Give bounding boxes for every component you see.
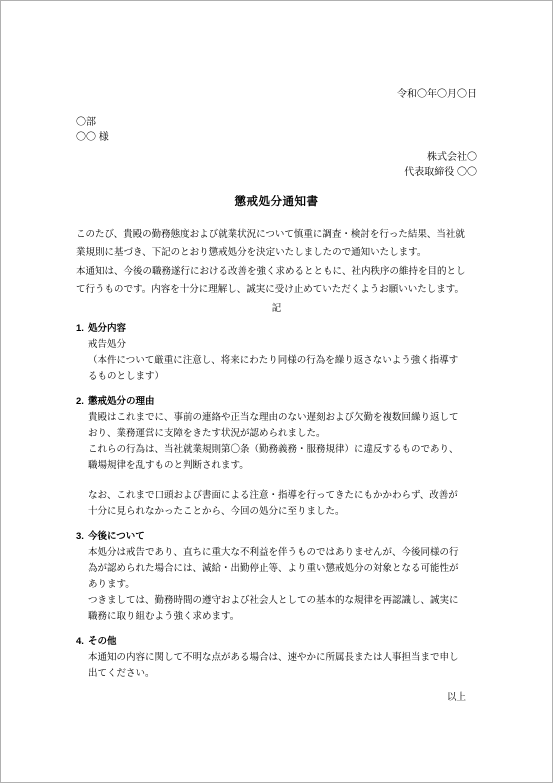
section-2-body: 貴殿はこれまでに、事前の連絡や正当な理由のない遅刻および欠勤を複数回繰り返して … (76, 410, 477, 520)
section-1-paragraph-1: 戒告処分 (88, 337, 477, 353)
section-other: 4.その他 本通知の内容に関して不明な点がある場合は、速やかに所属長または人事担… (76, 633, 477, 682)
section-2-heading: 懲戒処分の理由 (88, 396, 155, 407)
section-1-number: 1. (76, 320, 88, 337)
section-1-heading: 処分内容 (88, 323, 126, 334)
intro-paragraph-1: このたび、貴殿の勤務態度および就業状況について慎重に調査・検討を行った結果、当社… (76, 226, 477, 262)
section-4-body: 本通知の内容に関して不明な点がある場合は、速やかに所属長または人事担当まで申し … (76, 650, 477, 682)
document-page: 令和〇年〇月〇日 〇部 〇〇 様 株式会社〇 代表取締役 〇〇 懲戒処分通知書 … (0, 0, 553, 783)
section-3-heading: 今後について (88, 531, 145, 542)
section-3-paragraph-1: 本処分は戒告であり、直ちに重大な不利益を伴うものではありませんが、今後同様の行 … (88, 545, 477, 593)
section-future: 3.今後について 本処分は戒告であり、直ちに重大な不利益を伴うものではありません… (76, 528, 477, 625)
section-2-paragraph-1: 貴殿はこれまでに、事前の連絡や正当な理由のない遅刻および欠勤を複数回繰り返して … (88, 410, 477, 442)
document-content: 令和〇年〇月〇日 〇部 〇〇 様 株式会社〇 代表取締役 〇〇 懲戒処分通知書 … (76, 87, 477, 706)
record-marker: 記 (76, 301, 477, 317)
sender-company: 株式会社〇 (76, 150, 477, 165)
section-heading-row: 2.懲戒処分の理由 (76, 393, 477, 410)
section-1-body: 戒告処分 （本件について厳重に注意し、将来にわたり同様の行為を繰り返さないよう強… (76, 337, 477, 385)
section-3-body: 本処分は戒告であり、直ちに重大な不利益を伴うものではありませんが、今後同様の行 … (76, 545, 477, 625)
section-2-paragraph-3: なお、これまで口頭および書面による注意・指導を行ってきたにもかかわらず、改善が … (88, 488, 477, 520)
sender-representative: 代表取締役 〇〇 (76, 165, 477, 180)
section-4-number: 4. (76, 633, 88, 650)
document-title: 懲戒処分通知書 (76, 194, 477, 210)
section-3-paragraph-2: つきましては、勤務時間の遵守および社会人としての基本的な規律を再認識し、誠実に … (88, 593, 477, 625)
section-2-paragraph-2: これらの行為は、当社就業規則第〇条（勤務義務・服務規律）に違反するものであり、 … (88, 442, 477, 474)
section-reason: 2.懲戒処分の理由 貴殿はこれまでに、事前の連絡や正当な理由のない遅刻および欠勤… (76, 393, 477, 520)
document-date: 令和〇年〇月〇日 (76, 87, 477, 102)
closing-text: 以上 (76, 690, 477, 706)
section-1-paragraph-2: （本件について厳重に注意し、将来にわたり同様の行為を繰り返さないよう強く指導す … (88, 353, 477, 385)
section-2-number: 2. (76, 393, 88, 410)
section-heading-row: 1.処分内容 (76, 320, 477, 337)
section-3-number: 3. (76, 528, 88, 545)
sender-block: 株式会社〇 代表取締役 〇〇 (76, 150, 477, 180)
section-heading-row: 3.今後について (76, 528, 477, 545)
section-4-paragraph-1: 本通知の内容に関して不明な点がある場合は、速やかに所属長または人事担当まで申し … (88, 650, 477, 682)
section-list: 1.処分内容 戒告処分 （本件について厳重に注意し、将来にわたり同様の行為を繰り… (76, 320, 477, 682)
section-disposition: 1.処分内容 戒告処分 （本件について厳重に注意し、将来にわたり同様の行為を繰り… (76, 320, 477, 385)
recipient-block: 〇部 〇〇 様 (76, 115, 477, 145)
section-4-heading: その他 (88, 636, 117, 647)
section-heading-row: 4.その他 (76, 633, 477, 650)
recipient-department: 〇部 (76, 115, 477, 130)
intro-paragraph-2: 本通知は、今後の職務遂行における改善を強く求めるとともに、社内秩序の維持を目的と… (76, 263, 477, 299)
recipient-name: 〇〇 様 (76, 130, 477, 145)
